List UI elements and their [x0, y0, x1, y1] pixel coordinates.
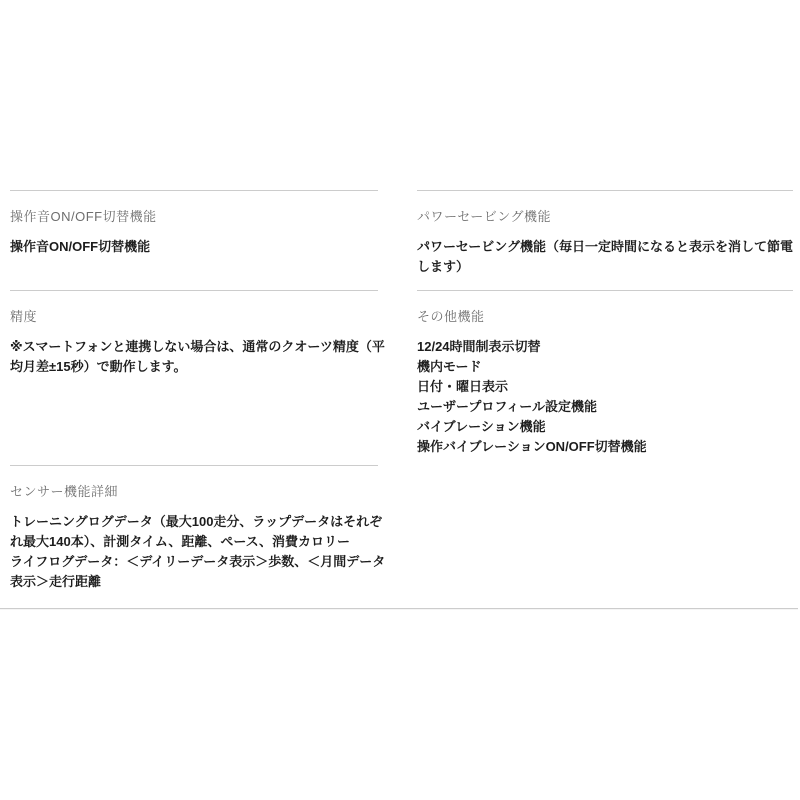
- text-line: 12/24時間制表示切替: [417, 337, 793, 357]
- spec-grid: 操作音ON/OFF切替機能 操作音ON/OFF切替機能 パワーセービング機能 パ…: [10, 190, 793, 609]
- text-line: れ最大140本）、計測タイム、距離、ペース、消費カロリー: [10, 532, 378, 552]
- text-line: 表示＞走行距離: [10, 572, 378, 592]
- section-body: ※スマートフォンと連携しない場合は、通常のクオーツ精度（平均月差±15秒）で動作…: [10, 337, 378, 377]
- section-body: パワーセービング機能（毎日一定時間になると表示を消して節電します）: [417, 237, 793, 277]
- section-body: 操作音ON/OFF切替機能: [10, 237, 378, 257]
- text-line: 均月差±15秒）で動作します。: [10, 357, 378, 377]
- section-header: 精度: [10, 306, 378, 328]
- spec-section-sensor-details: センサー機能詳細 トレーニングログデータ（最大100走分、ラップデータはそれぞれ…: [10, 465, 378, 609]
- page-bottom-divider: [0, 608, 798, 609]
- text-line: 機内モード: [417, 357, 793, 377]
- section-header: その他機能: [417, 306, 793, 328]
- text-line: 日付・曜日表示: [417, 377, 793, 397]
- section-body: トレーニングログデータ（最大100走分、ラップデータはそれぞれ最大140本）、計…: [10, 512, 378, 592]
- text-line: 操作バイブレーションON/OFF切替機能: [417, 437, 793, 457]
- empty-cell: [417, 465, 793, 609]
- section-header: パワーセービング機能: [417, 206, 793, 228]
- spec-page: 操作音ON/OFF切替機能 操作音ON/OFF切替機能 パワーセービング機能 パ…: [0, 0, 800, 800]
- text-line: ライフログデータ：＜デイリーデータ表示＞歩数、＜月間データ: [10, 552, 378, 572]
- spec-section-other-functions: その他機能 12/24時間制表示切替機内モード日付・曜日表示ユーザープロフィール…: [417, 290, 793, 465]
- text-line: トレーニングログデータ（最大100走分、ラップデータはそれぞ: [10, 512, 378, 532]
- text-line: バイブレーション機能: [417, 417, 793, 437]
- text-line: します）: [417, 257, 793, 277]
- section-header: センサー機能詳細: [10, 481, 378, 503]
- spec-section-power-saving: パワーセービング機能 パワーセービング機能（毎日一定時間になると表示を消して節電…: [417, 190, 793, 290]
- section-header: 操作音ON/OFF切替機能: [10, 206, 378, 228]
- text-line: ※スマートフォンと連携しない場合は、通常のクオーツ精度（平: [10, 337, 378, 357]
- text-line: 操作音ON/OFF切替機能: [10, 237, 378, 257]
- text-line: パワーセービング機能（毎日一定時間になると表示を消して節電: [417, 237, 793, 257]
- spec-section-accuracy: 精度 ※スマートフォンと連携しない場合は、通常のクオーツ精度（平均月差±15秒）…: [10, 290, 378, 465]
- section-body: 12/24時間制表示切替機内モード日付・曜日表示ユーザープロフィール設定機能バイ…: [417, 337, 793, 457]
- text-line: ユーザープロフィール設定機能: [417, 397, 793, 417]
- spec-section-operation-sound: 操作音ON/OFF切替機能 操作音ON/OFF切替機能: [10, 190, 378, 290]
